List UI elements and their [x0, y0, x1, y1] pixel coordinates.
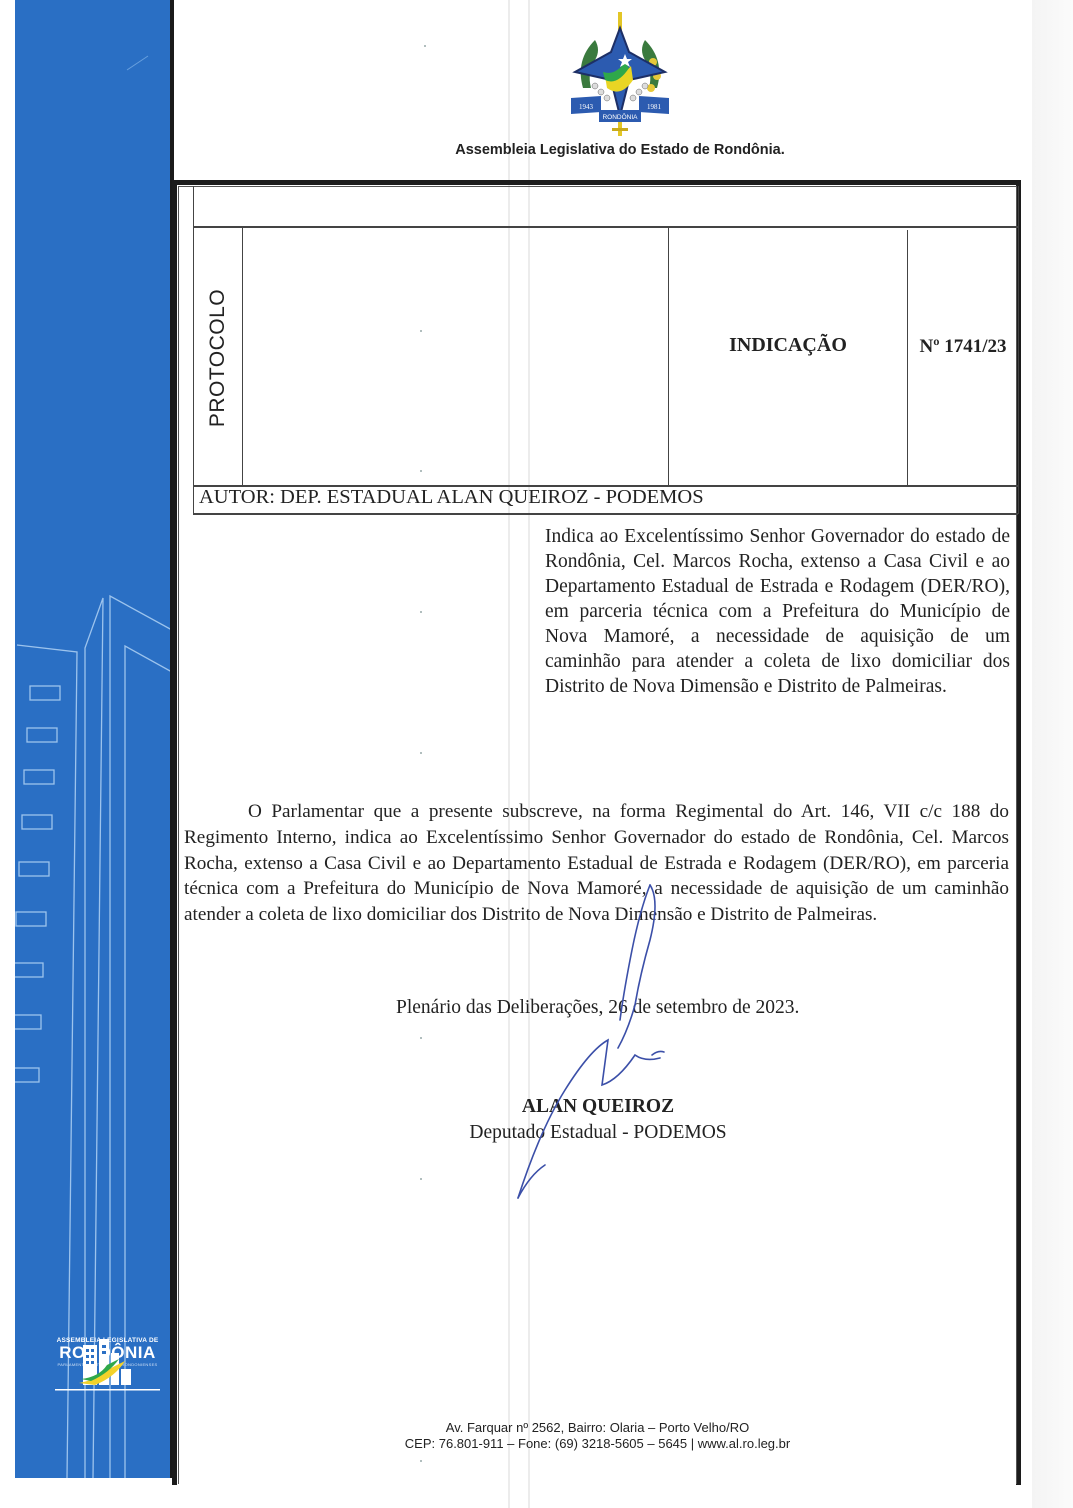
body-text: O Parlamentar que a presente subscreve, …	[184, 801, 1009, 925]
footer: Av. Farquar nº 2562, Bairro: Olaria – Po…	[330, 1420, 865, 1452]
document-number: Nº 1741/23	[908, 336, 1018, 358]
assembly-building-icon	[45, 1335, 170, 1397]
table-border	[1018, 186, 1019, 514]
building-lineart-icon	[15, 0, 172, 1478]
scan-speck	[420, 330, 422, 332]
protocolo-label: PROTOCOLO	[206, 289, 230, 427]
signer-name: ALAN QUEIROZ	[454, 1096, 742, 1118]
body-paragraph: O Parlamentar que a presente subscreve, …	[184, 799, 1009, 928]
table-border	[193, 226, 1018, 228]
organization-title: Assembleia Legislativa do Estado de Rond…	[0, 142, 1073, 158]
assembly-logo: ASSEMBLEIA LEGISLATIVA DE RONDÔNIA PARLA…	[45, 1335, 170, 1367]
crest-banner: RONDÔNIA	[602, 112, 638, 121]
scan-speck	[420, 1460, 422, 1462]
crest-year-left: 1943	[579, 103, 594, 111]
scan-speck	[420, 752, 422, 754]
footer-address: Av. Farquar nº 2562, Bairro: Olaria – Po…	[330, 1420, 865, 1436]
author-line: AUTOR: DEP. ESTADUAL ALAN QUEIROZ - PODE…	[199, 486, 704, 509]
page-edge-shadow	[1032, 0, 1073, 1508]
table-border	[193, 186, 194, 514]
table-border	[907, 230, 908, 486]
frame-inner-line	[1016, 186, 1017, 1484]
place-date: Plenário das Deliberações, 26 de setembr…	[396, 997, 799, 1019]
decorative-side-stripe: ASSEMBLEIA LEGISLATIVA DE RONDÔNIA PARLA…	[15, 0, 172, 1478]
scan-speck	[420, 611, 422, 613]
table-border	[668, 228, 669, 486]
ementa-summary: Indica ao Excelentíssimo Senhor Governad…	[545, 524, 1010, 699]
table-border	[242, 226, 243, 486]
table-border	[193, 513, 1018, 515]
scan-speck	[420, 1178, 422, 1180]
scan-speck	[424, 45, 426, 47]
frame-inner-line	[178, 186, 179, 1484]
signer-role: Deputado Estadual - PODEMOS	[454, 1122, 742, 1144]
protocolo-cell: PROTOCOLO	[196, 232, 240, 484]
rondonia-coat-of-arms-icon: 1943 1981 RONDÔNIA	[565, 10, 675, 140]
frame-inner-line	[178, 186, 1017, 187]
document-type: INDICAÇÃO	[670, 334, 906, 357]
crest-year-right: 1981	[647, 103, 662, 111]
scan-speck	[420, 470, 422, 472]
footer-contact: CEP: 76.801-911 – Fone: (69) 3218-5605 –…	[330, 1436, 865, 1452]
scan-speck	[420, 1037, 422, 1039]
